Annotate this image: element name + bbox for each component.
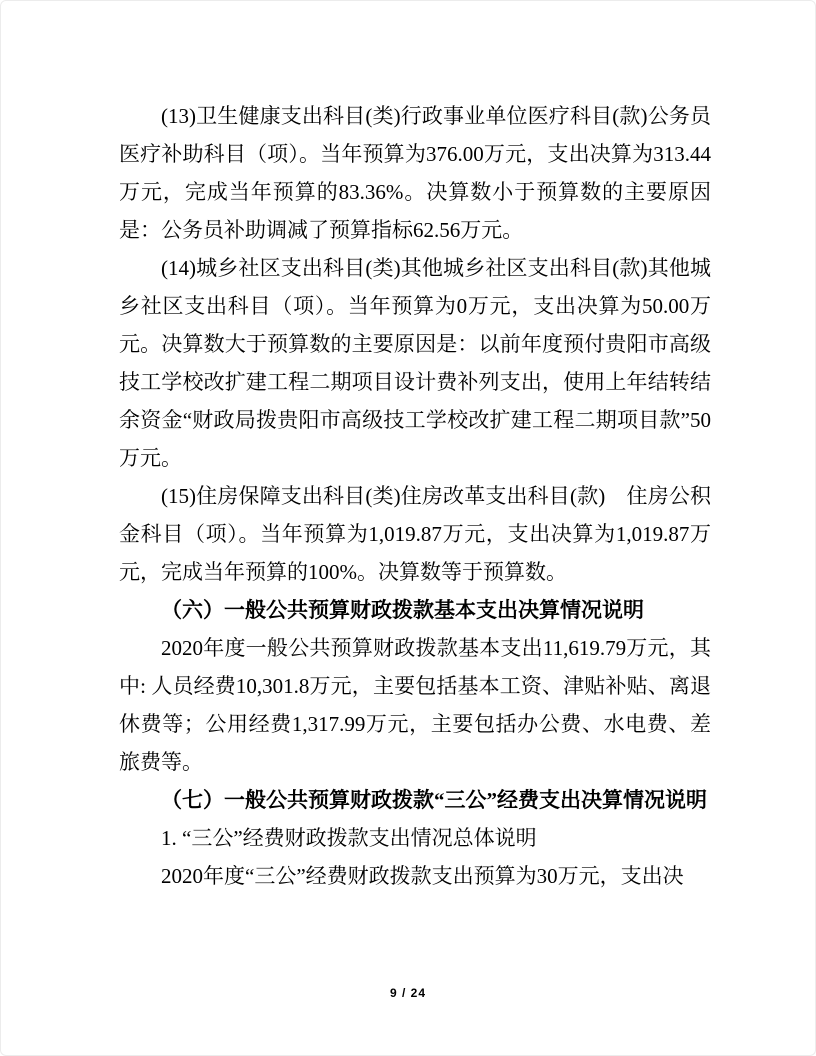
page-number: 9 / 24 — [1, 986, 815, 1000]
paragraph-housing-security-15: (15)住房保障支出科目(类)住房改革支出科目(款) 住房公积金科目（项）。当年… — [119, 477, 711, 591]
document-body: (13)卫生健康支出科目(类)行政事业单位医疗科目(款)公务员医疗补助科目（项）… — [119, 97, 711, 895]
heading-section-seven-three-public-funds: （七）一般公共预算财政拨款“三公”经费支出决算情况说明 — [119, 781, 711, 819]
paragraph-three-public-funds-budget: 2020年度“三公”经费财政拨款支出预算为30万元，支出决 — [119, 857, 711, 895]
document-page: (13)卫生健康支出科目(类)行政事业单位医疗科目(款)公务员医疗补助科目（项）… — [0, 0, 816, 1056]
paragraph-urban-rural-community-14: (14)城乡社区支出科目(类)其他城乡社区支出科目(款)其他城乡社区支出科目（项… — [119, 249, 711, 477]
paragraph-three-public-funds-overview-title: 1. “三公”经费财政拨款支出情况总体说明 — [119, 819, 711, 857]
paragraph-health-expenditure-13: (13)卫生健康支出科目(类)行政事业单位医疗科目(款)公务员医疗补助科目（项）… — [119, 97, 711, 249]
heading-section-six-basic-expenditure: （六）一般公共预算财政拨款基本支出决算情况说明 — [119, 591, 711, 629]
paragraph-basic-expenditure-detail: 2020年度一般公共预算财政拨款基本支出11,619.79万元，其中: 人员经费… — [119, 629, 711, 781]
